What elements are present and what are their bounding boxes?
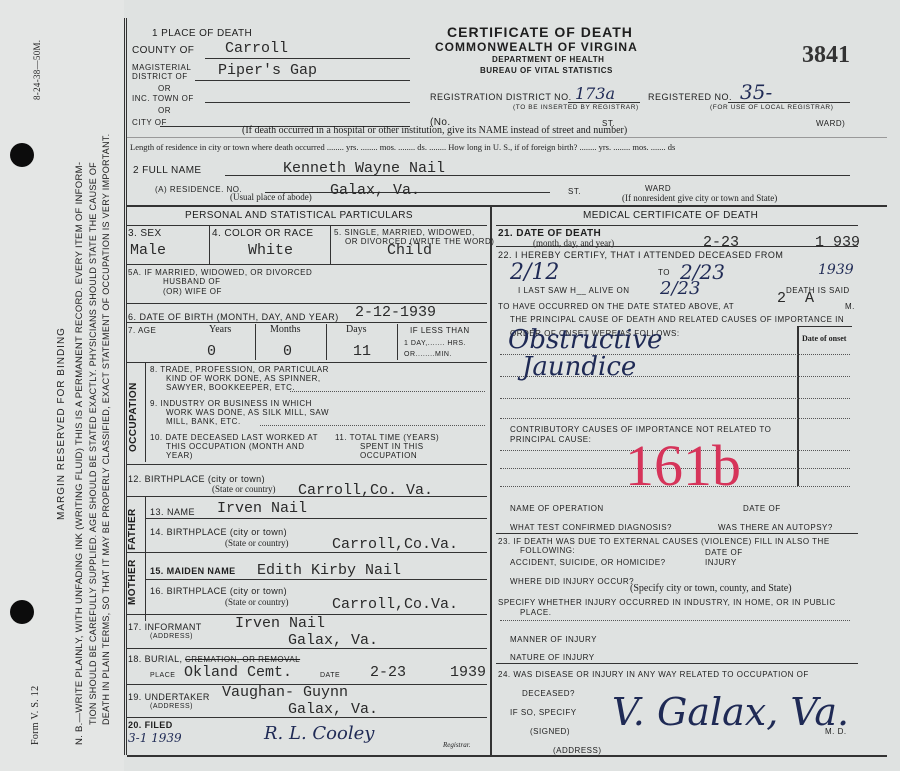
form-number: Form V. S. 12 [30, 686, 41, 745]
sex-value: Male [130, 242, 166, 259]
principal-cause-line1: Obstructive [508, 325, 662, 355]
medical-heading: MEDICAL CERTIFICATE OF DEATH [583, 210, 758, 221]
state-title: COMMONWEALTH OF VIRGINA [435, 40, 638, 54]
county-value: Carroll [225, 40, 288, 57]
death-time-value: 2 [777, 290, 786, 307]
punch-hole [10, 143, 34, 167]
last-saw-alive-value: 2/23 [660, 278, 700, 299]
instruction-line: DEATH IN PLAIN TERMS, SO THAT IT MAY BE … [101, 134, 111, 725]
attended-from-value: 2/12 [510, 260, 559, 285]
instruction-line: N. B.—WRITE PLAINLY, WITH UNFADING INK (… [74, 162, 85, 745]
age-days-value: 11 [353, 343, 371, 360]
filed-date-value: 3-1 1939 [128, 731, 182, 745]
full-name-value: Kenneth Wayne Nail [283, 160, 445, 177]
date-of-birth-value: 2-12-1939 [355, 304, 436, 321]
burial-date-value: 2-23 [370, 664, 406, 681]
principal-cause-line2: Jaundice [522, 352, 636, 382]
binding-margin: 8-24-38—50M. Form V. S. 12 MARGIN RESERV… [0, 0, 124, 771]
undertaker-address-value: Galax, Va. [288, 701, 378, 718]
mother-maiden-name-value: Edith Kirby Nail [257, 562, 401, 579]
registrar-signature: R. L. Cooley [264, 723, 374, 744]
undertaker-value: Vaughan- Guynn [222, 684, 348, 701]
personal-heading: PERSONAL AND STATISTICAL PARTICULARS [185, 210, 413, 221]
certificate-title: CERTIFICATE OF DEATH [447, 24, 633, 40]
place-heading: 1 PLACE OF DEATH [152, 28, 252, 39]
death-year-value: 1 939 [815, 234, 860, 251]
race-value: White [248, 242, 293, 259]
father-birthplace-value: Carroll,Co.Va. [332, 536, 458, 553]
death-ampm-value: A [805, 290, 814, 307]
residence-value: Galax, Va. [330, 182, 420, 199]
classification-code: 161b [625, 432, 741, 499]
father-name-value: Irven Nail [217, 500, 307, 517]
instruction-line: TION SHOULD BE CAREFULLY SUPPLIED. AGE S… [88, 162, 98, 725]
form-date: 8-24-38—50M. [32, 40, 42, 100]
date-of-death-value: 2-23 [703, 234, 739, 251]
certificate-number: 3841 [802, 42, 850, 69]
death-certificate: 8-24-38—50M. Form V. S. 12 MARGIN RESERV… [0, 0, 900, 771]
burial-place-value: Okland Cemt. [184, 664, 292, 681]
age-years-value: 0 [207, 343, 216, 360]
registered-number-value: 35- [740, 80, 772, 104]
physician-signature: V. Galax, Va. [612, 690, 849, 734]
informant-value: Irven Nail [235, 615, 325, 632]
mother-birthplace-value: Carroll,Co.Va. [332, 596, 458, 613]
punch-hole [10, 600, 34, 624]
marital-status-value: Child [387, 242, 432, 259]
informant-address-value: Galax, Va. [288, 632, 378, 649]
age-months-value: 0 [283, 343, 292, 360]
attended-to-year: 1939 [818, 262, 854, 278]
registration-district-value: 173a [575, 84, 615, 103]
binding-note: MARGIN RESERVED FOR BINDING [56, 327, 67, 520]
magisterial-district-value: Piper's Gap [218, 62, 317, 79]
county-label: COUNTY OF [132, 45, 194, 56]
burial-year-value: 1939 [450, 664, 486, 681]
